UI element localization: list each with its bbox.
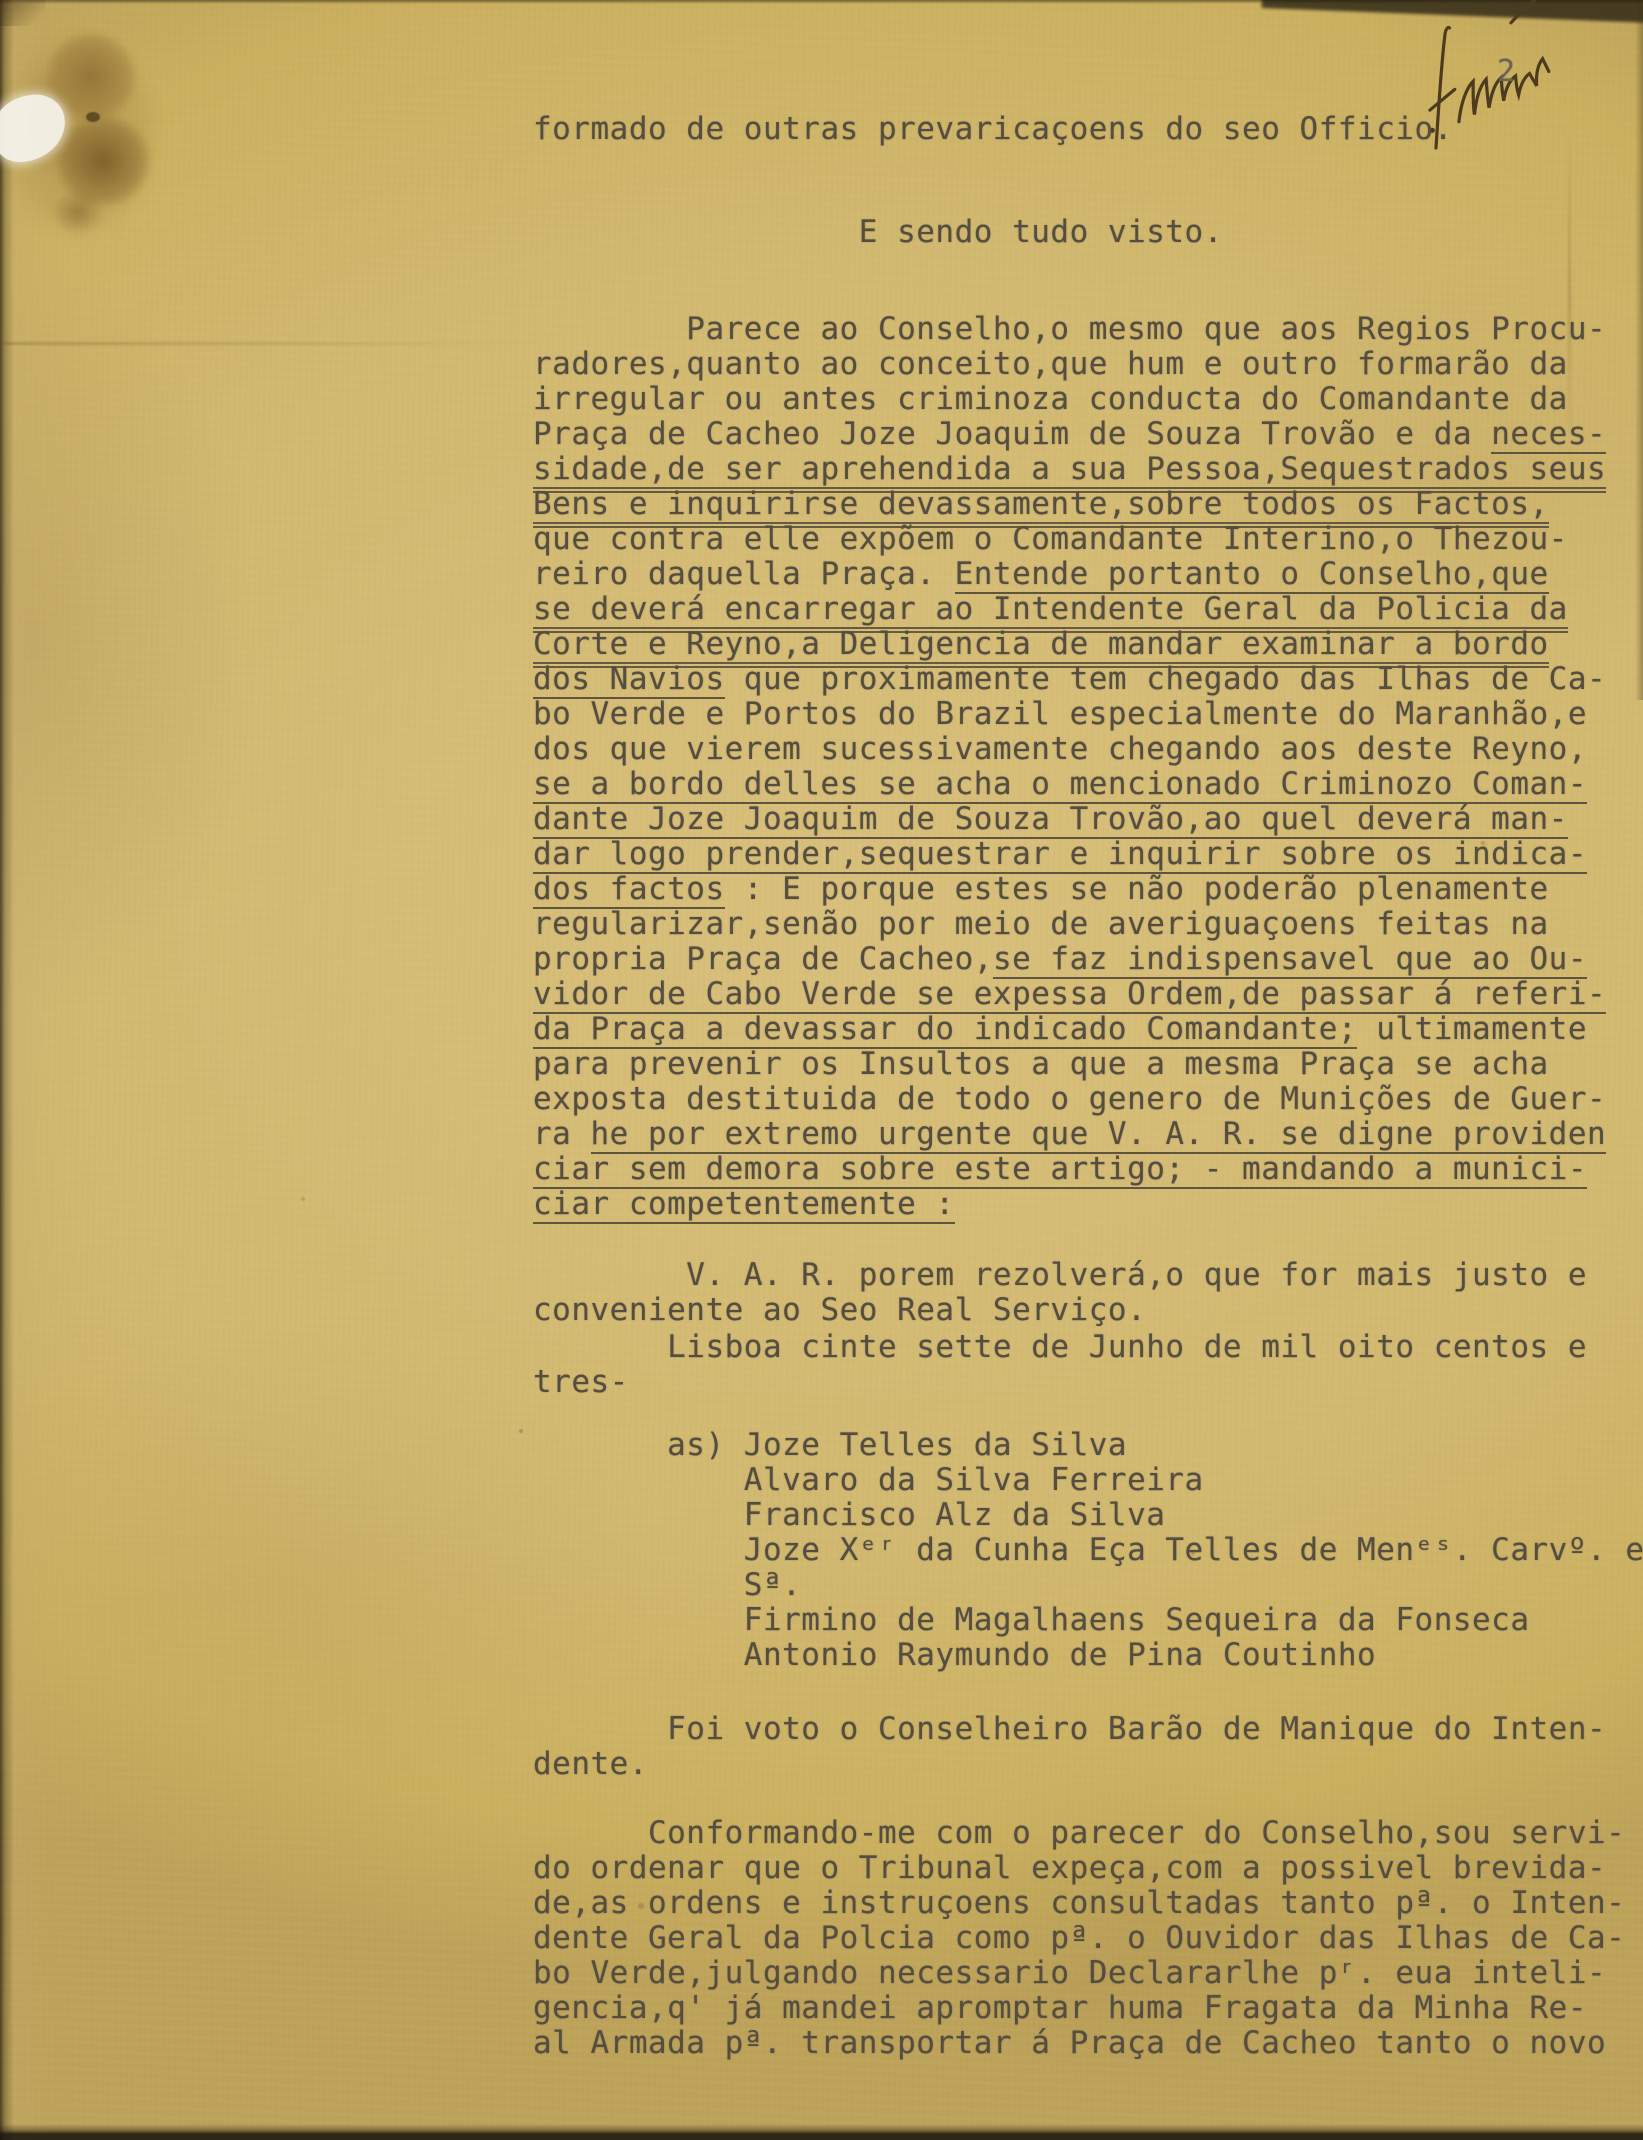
text-line: dante Joze Joaquim de Souza Trovão,ao qu… [533,802,1606,837]
text-line: sidade,de ser aprehendida a sua Pessoa,S… [533,452,1606,487]
text-line: propria Praça de Cacheo,se faz indispens… [533,942,1606,977]
text-line: dos factos : E porque estes se não poder… [533,872,1606,907]
text-line: ciar sem demora sobre este artigo; - man… [533,1152,1606,1187]
royal-deference-paragraph: V. A. R. porem rezolverá,o que for mais … [533,1258,1587,1328]
royal-resolution-paragraph: Conformando-me com o parecer do Conselho… [533,1816,1625,2061]
text-line: Lisboa cinte sette de Junho de mil oito … [533,1330,1587,1365]
text-line: para prevenir os Insultos a que a mesma … [533,1047,1606,1082]
heading-line: E sendo tudo visto. [533,215,1223,250]
text-line: Bens e inquirirse devassamente,sobre tod… [533,487,1606,522]
document-page: 2 formado de outras prevaricaçoens do se… [0,0,1643,2140]
text-line: reiro daquella Praça. Entende portanto o… [533,557,1606,592]
text-line: V. A. R. porem rezolverá,o que for mais … [533,1258,1587,1293]
text-line: conveniente ao Seo Real Serviço. [533,1293,1587,1328]
council-opinion-paragraph: Parece ao Conselho,o mesmo que aos Regio… [533,312,1606,1222]
text-line: bo Verde e Portos do Brazil especialment… [533,697,1606,732]
text-line: vidor de Cabo Verde se expessa Ordem,de … [533,977,1606,1012]
date-lines: Lisboa cinte sette de Junho de mil oito … [533,1330,1587,1400]
text-line: Antonio Raymundo de Pina Coutinho [533,1638,1643,1673]
text-line: Praça de Cacheo Joze Joaquim de Souza Tr… [533,417,1606,452]
text-line: Sª. [533,1568,1643,1603]
text-line: dente Geral da Polcia como pª. o Ouvidor… [533,1921,1625,1956]
text-line: Corte e Reyno,a Deligencia de mandar exa… [533,627,1606,662]
text-line: que contra elle expõem o Comandante Inte… [533,522,1606,557]
opening-line: formado de outras prevaricaçoens do seo … [533,112,1453,147]
signatures: as) Joze Telles da Silva Alvaro da Silva… [533,1428,1643,1673]
text-line: tres- [533,1365,1587,1400]
scan-edge-left [0,0,95,2140]
text-line: Parece ao Conselho,o mesmo que aos Regio… [533,312,1606,347]
text-line: da Praça a devassar do indicado Comandan… [533,1012,1606,1047]
text-line: Foi voto o Conselheiro Barão de Manique … [533,1712,1606,1747]
text-line: dos Navios que proximamente tem chegado … [533,662,1606,697]
text-line: Conformando-me com o parecer do Conselho… [533,1816,1625,1851]
document-text: formado de outras prevaricaçoens do seo … [533,0,1643,2140]
text-line: dente. [533,1747,1606,1782]
text-line: as) Joze Telles da Silva [533,1428,1643,1463]
text-line: Firmino de Magalhaens Sequeira da Fonsec… [533,1603,1643,1638]
text-line: Joze Xᵉʳ da Cunha Eça Telles de Menᵉˢ. C… [533,1533,1643,1568]
text-line: de,as ordens e instruçoens consultadas t… [533,1886,1625,1921]
text-line: E sendo tudo visto. [533,215,1223,250]
text-line: ra he por extremo urgente que V. A. R. s… [533,1117,1606,1152]
text-line: exposta destituida de todo o genero de M… [533,1082,1606,1117]
text-line: regularizar,senão por meio de averiguaço… [533,907,1606,942]
text-line: irregular ou antes criminoza conducta do… [533,382,1606,417]
text-line: se a bordo delles se acha o mencionado C… [533,767,1606,802]
text-line: ciar competentemente : [533,1187,1606,1222]
text-line: Alvaro da Silva Ferreira [533,1463,1643,1498]
text-line: gencia,q' já mandei apromptar huma Fraga… [533,1991,1625,2026]
text-line: bo Verde,julgando necessario Declararlhe… [533,1956,1625,1991]
text-line: do ordenar que o Tribunal expeça,com a p… [533,1851,1625,1886]
text-line: dar logo prender,sequestrar e inquirir s… [533,837,1606,872]
paper-specks [0,0,2,2]
text-line: se deverá encarregar ao Intendente Geral… [533,592,1606,627]
paper-crease-horizontal [0,342,540,345]
vote-note: Foi voto o Conselheiro Barão de Manique … [533,1712,1606,1782]
text-line: radores,quanto ao conceito,que hum e out… [533,347,1606,382]
text-line: formado de outras prevaricaçoens do seo … [533,112,1453,147]
text-line: al Armada pª. transportar á Praça de Cac… [533,2026,1625,2061]
text-line: Francisco Alz da Silva [533,1498,1643,1533]
text-line: dos que vierem sucessivamente chegando a… [533,732,1606,767]
